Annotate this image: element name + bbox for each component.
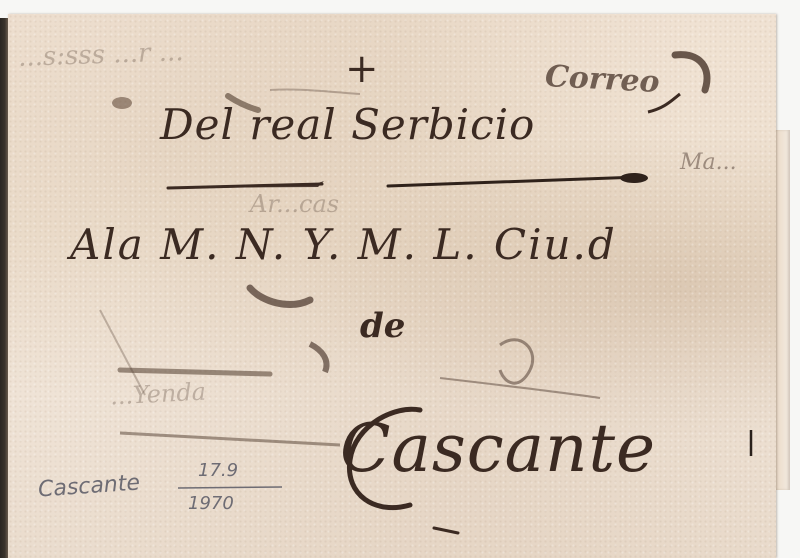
preposition: de — [360, 306, 405, 346]
faded-text-top-right: Correo — [544, 59, 660, 100]
header-line: Del real Serbicio — [160, 100, 535, 149]
pencil-numerator: 17.9 — [198, 460, 238, 481]
faded-text-middle-right: Ma... — [680, 150, 737, 175]
pencil-denominator: 1970 — [188, 493, 234, 514]
faded-text-lower: ...Yenda — [109, 378, 206, 411]
scanned-letter: ...s:sss ...r ... Correo Ma... Ar...cas … — [0, 0, 800, 558]
faded-text-middle: Ar...cas — [250, 190, 339, 218]
faded-text-top-left: ...s:sss ...r ... — [18, 37, 184, 73]
address-line: Ala M. N. Y. M. L. Ciu.d — [70, 220, 617, 269]
destination: Cascante — [340, 410, 656, 487]
cross-mark: + — [345, 46, 379, 92]
scanner-edge — [0, 18, 8, 558]
